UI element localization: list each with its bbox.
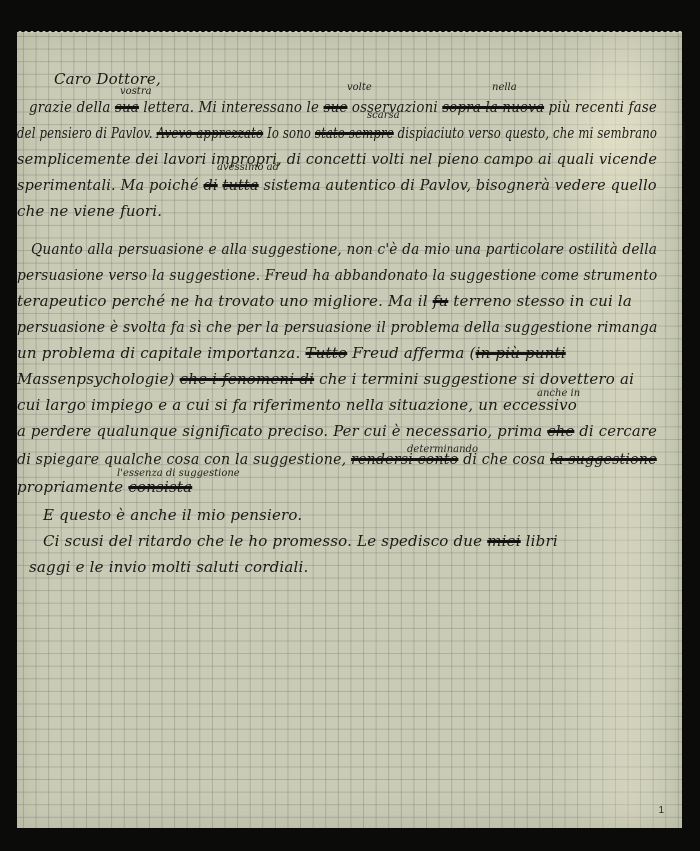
text-segment: semplicemente dei lavori impropri, di co…	[17, 150, 657, 168]
text-segment: Massenpsychologie)	[17, 370, 180, 388]
letter-line: E questo è anche il mio pensiero.	[43, 506, 302, 524]
letter-page: Caro Dottore, vostra volte nella scarsa …	[17, 32, 682, 828]
page-number: 1	[658, 805, 664, 816]
letter-line: persuasione verso la suggestione. Freud …	[17, 266, 657, 284]
text-segment: grazie della	[29, 98, 115, 116]
deleted-text: sopra la nuova	[442, 98, 544, 116]
text-segment: cui largo impiego e a cui si fa riferime…	[17, 396, 577, 414]
deleted-text: tutta	[222, 176, 258, 194]
deleted-text: di	[203, 176, 217, 194]
text-segment: di che cosa	[458, 450, 550, 468]
letter-line: Quanto alla persuasione e alla suggestio…	[31, 240, 657, 258]
text-segment: sperimentali. Ma poiché	[17, 176, 203, 194]
text-segment: più recenti fase	[544, 98, 657, 116]
text-segment: osservazioni	[347, 98, 442, 116]
deleted-text: Avevo apprezzato	[157, 124, 264, 142]
text-segment: persuasione è svolta fa sì che per la pe…	[17, 318, 658, 336]
insertion: vostra	[120, 86, 152, 97]
text-segment: sistema autentico di Pavlov, bisognerà v…	[259, 176, 657, 194]
letter-line: sperimentali. Ma poiché di tutta sistema…	[17, 176, 657, 194]
text-segment: saggi e le invio molti saluti cordiali.	[29, 558, 308, 576]
letter-line: un problema di capitale importanza. Tutt…	[17, 344, 566, 362]
text-segment: Ci scusi del ritardo che le ho promesso.…	[43, 532, 487, 550]
text-segment: di cercare	[574, 422, 657, 440]
deleted-text: che	[547, 422, 574, 440]
deleted-text: sue	[324, 98, 348, 116]
deleted-text: miei	[487, 532, 521, 550]
text-segment: un problema di capitale importanza.	[17, 344, 305, 362]
deleted-text: consista	[128, 478, 192, 496]
letter-line: propriamente consista	[17, 478, 192, 496]
letter-line: persuasione è svolta fa sì che per la pe…	[17, 318, 658, 336]
text-segment: dispiaciuto verso questo, che mi sembran…	[394, 124, 657, 142]
text-segment: lettera. Mi interessano le	[139, 98, 324, 116]
deleted-text: in più punti	[476, 344, 566, 362]
text-segment: Io sono	[263, 124, 315, 142]
letter-line: del pensiero di Pavlov. Avevo apprezzato…	[17, 124, 657, 142]
deleted-text: sua	[115, 98, 139, 116]
deleted-text: Tutto	[305, 344, 347, 362]
letter-line: Ci scusi del ritardo che le ho promesso.…	[43, 532, 558, 550]
deleted-text: fu	[433, 292, 449, 310]
text-segment: che i termini suggestione si dovettero a…	[314, 370, 634, 388]
text-segment: E questo è anche il mio pensiero.	[43, 506, 302, 524]
letter-line: di spiegare qualche cosa con la suggesti…	[17, 450, 657, 468]
letter-line: terapeutico perché ne ha trovato uno mig…	[17, 292, 632, 310]
deleted-text: rendersi conto	[351, 450, 458, 468]
insertion: nella	[492, 82, 517, 93]
deleted-text: stato sempre	[315, 124, 394, 142]
letter-line: a perdere qualunque significato preciso.…	[17, 422, 657, 440]
insertion: volte	[347, 82, 372, 93]
text-segment: che ne viene fuori.	[17, 202, 162, 220]
text-segment: di spiegare qualche cosa con la suggesti…	[17, 450, 351, 468]
text-segment: propriamente	[17, 478, 128, 496]
text-segment: terapeutico perché ne ha trovato uno mig…	[17, 292, 433, 310]
text-segment: Quanto alla persuasione e alla suggestio…	[31, 240, 657, 258]
text-segment: terreno stesso in cui la	[448, 292, 632, 310]
text-segment: persuasione verso la suggestione. Freud …	[17, 266, 657, 284]
text-segment: libri	[521, 532, 558, 550]
letter-line: grazie della sua lettera. Mi interessano…	[29, 98, 657, 116]
letter-line: cui largo impiego e a cui si fa riferime…	[17, 396, 577, 414]
text-segment: del pensiero di Pavlov.	[17, 124, 157, 142]
letter-line: Massenpsychologie) che i fenomeni di che…	[17, 370, 634, 388]
deleted-text: che i fenomeni di	[180, 370, 315, 388]
letter-line: semplicemente dei lavori impropri, di co…	[17, 150, 657, 168]
text-segment: Freud afferma (	[347, 344, 475, 362]
letter-line: saggi e le invio molti saluti cordiali.	[29, 558, 308, 576]
letter-line: che ne viene fuori.	[17, 202, 162, 220]
text-segment: a perdere qualunque significato preciso.…	[17, 422, 547, 440]
deleted-text: la suggestione	[550, 450, 657, 468]
